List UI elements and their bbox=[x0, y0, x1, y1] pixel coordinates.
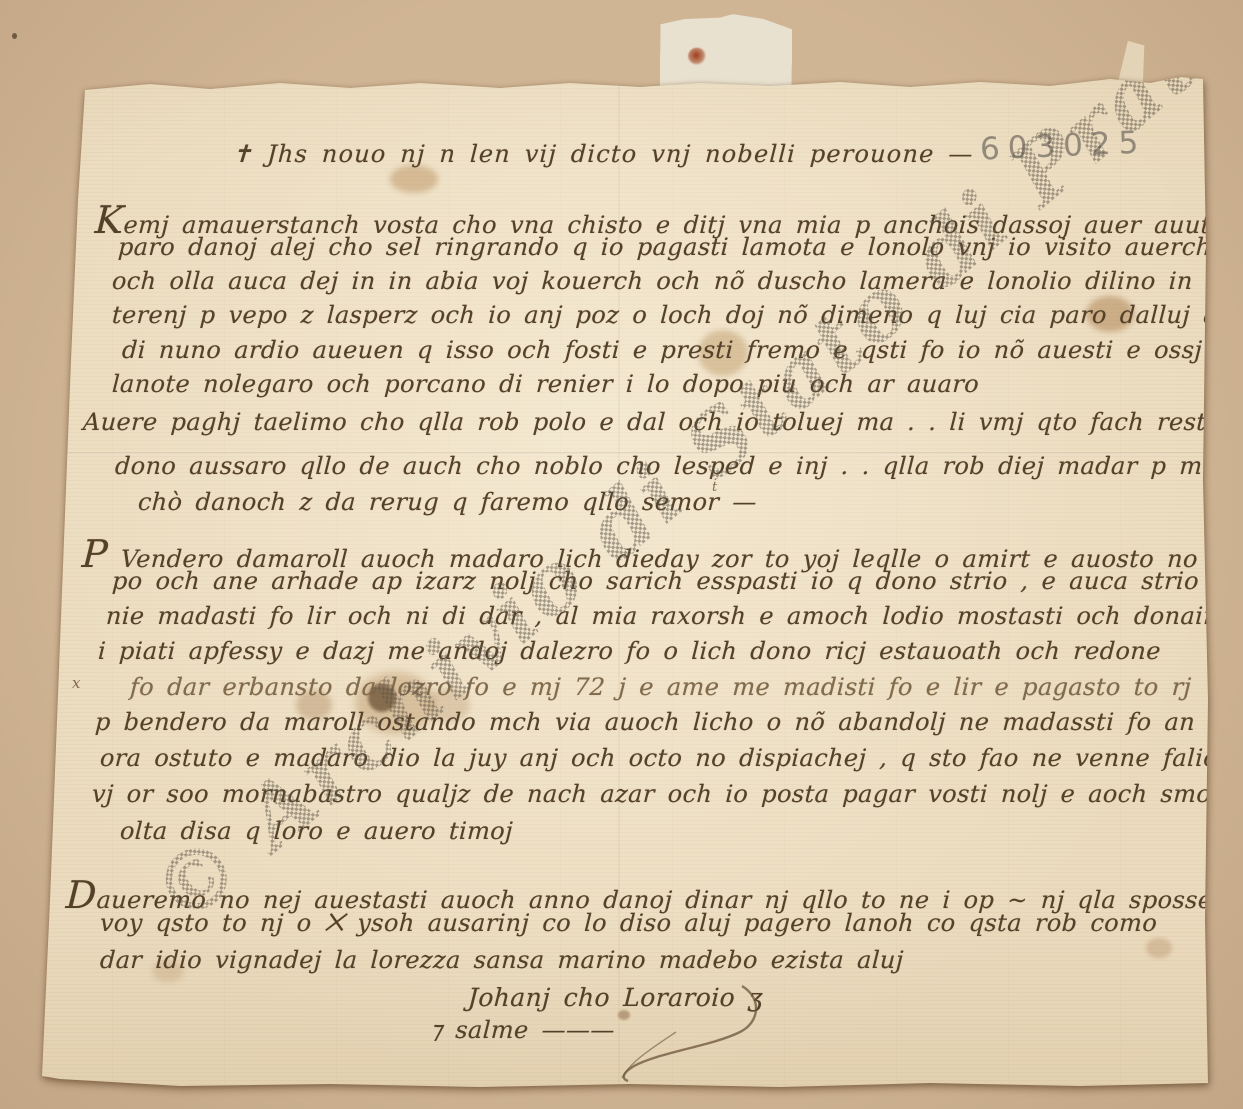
manuscript-line: Auere paghj taelimo cho qlla rob polo e … bbox=[82, 408, 1243, 436]
ink-stain bbox=[390, 165, 438, 193]
manuscript-line: dono aussaro qllo de auch cho noblo cho … bbox=[114, 452, 1243, 480]
manuscript-line: chò danoch z da rerug q faremo qllo semo… bbox=[137, 488, 757, 516]
manuscript-line: di nuno ardio aueuen q isso och fosti e … bbox=[121, 336, 1243, 364]
manuscript-line: i piati apfessy e dazj me andoj dalezro … bbox=[97, 637, 1161, 665]
archive-number: 603025 bbox=[979, 124, 1147, 167]
manuscript-line: ora ostuto e madaro dio la juy anj och o… bbox=[99, 744, 1219, 772]
letter-paper: ✝ Jhs nouo nj n len vij dicto vnj nobell… bbox=[0, 0, 1243, 1109]
manuscript-line: po och ane arhade ap izarz nolj cho sari… bbox=[111, 567, 1243, 595]
manuscript-line: nie madasti fo lir och ni di dar , al mi… bbox=[105, 602, 1231, 630]
manuscript-header-line: ✝ Jhs nouo nj n len vij dicto vnj nobell… bbox=[231, 140, 974, 168]
signature-valediction-line: ⁊ salme ——— bbox=[429, 1016, 615, 1044]
paper-shadow-wrap: ✝ Jhs nouo nj n len vij dicto vnj nobell… bbox=[0, 0, 1243, 1109]
manuscript-line: p bendero da maroll ostando mch via auoc… bbox=[94, 708, 1196, 736]
ink-mark-small: ṫ bbox=[712, 480, 717, 495]
manuscript-line: olta disa q loro e auero timoj bbox=[119, 817, 513, 845]
ink-mark-caret: x bbox=[72, 674, 80, 692]
manuscript-line: och olla auca dej in in abia voj kouerch… bbox=[111, 267, 1243, 295]
manuscript-line: terenj p vepo z lasperz och io anj poz o… bbox=[111, 301, 1243, 329]
manuscript-line: voy qsto to nj o ⨉ ysoh ausarinj co lo d… bbox=[99, 909, 1158, 937]
manuscript-line: paro danoj alej cho sel ringrando q io p… bbox=[117, 233, 1243, 261]
manuscript-line: vj or soo mornabastro qualjz de nach aza… bbox=[91, 780, 1243, 808]
manuscript-line: fo dar erbansto da lozro fo e mj 72 j e … bbox=[129, 673, 1192, 701]
signature-name-line: Johanj cho Loraroio ʒ bbox=[467, 983, 764, 1012]
manuscript-line: dar idio vignadej la lorezza sansa marin… bbox=[99, 946, 904, 974]
manuscript-line: lanote nolegaro och porcano di renier i … bbox=[111, 370, 980, 398]
foxing-spot bbox=[1146, 938, 1172, 958]
scan-stage: ✝ Jhs nouo nj n len vij dicto vnj nobell… bbox=[0, 0, 1243, 1109]
